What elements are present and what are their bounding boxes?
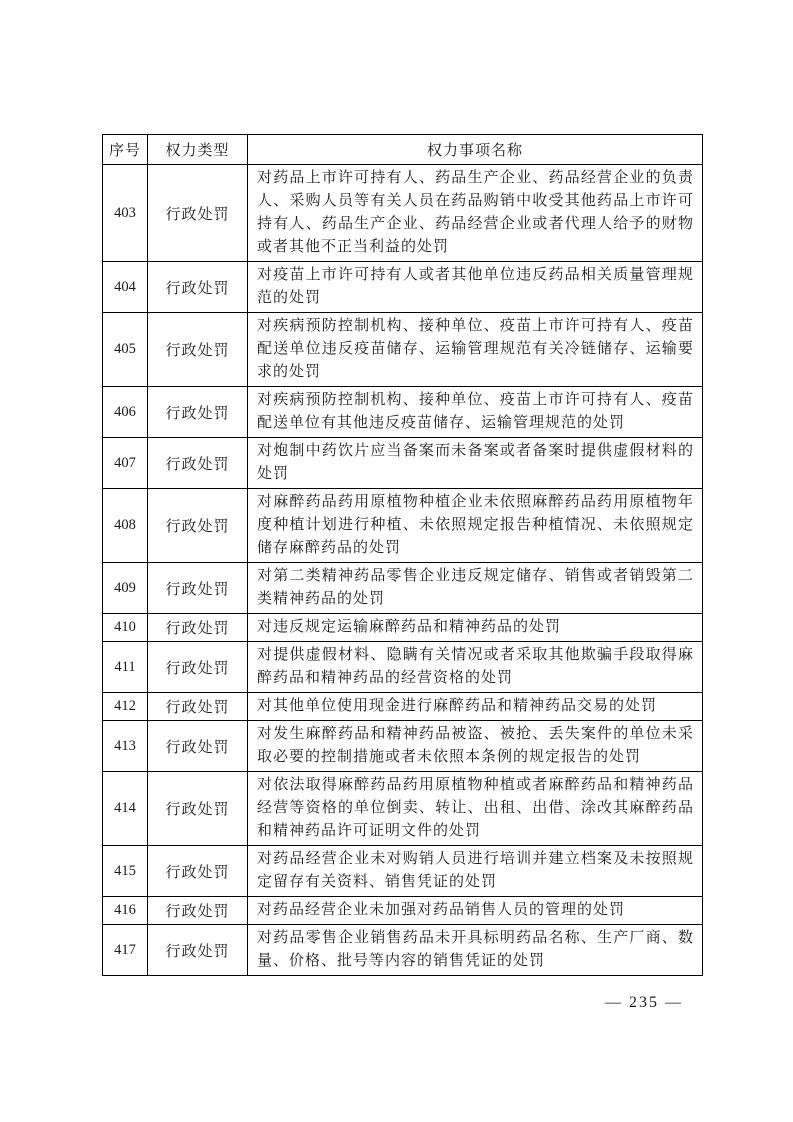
row-power-type: 行政处罚 <box>148 489 248 563</box>
row-power-item-name: 对依法取得麻醉药品药用原植物种植或者麻醉药品和精神药品经营等资格的单位倒卖、转让… <box>248 772 703 846</box>
table-row: 411 行政处罚 对提供虚假材料、隐瞒有关情况或者采取其他欺骗手段取得麻醉药品和… <box>103 642 703 693</box>
table-row: 415 行政处罚 对药品经营企业未对购销人员进行培训并建立档案及未按照规定留存有… <box>103 846 703 897</box>
row-serial-number: 403 <box>103 165 148 262</box>
row-serial-number: 405 <box>103 313 148 387</box>
row-serial-number: 414 <box>103 772 148 846</box>
row-serial-number: 416 <box>103 897 148 925</box>
table-row: 408 行政处罚 对麻醉药品药用原植物种植企业未依照麻醉药品药用原植物年度种植计… <box>103 489 703 563</box>
table-row: 405 行政处罚 对疾病预防控制机构、接种单位、疫苗上市许可持有人、疫苗配送单位… <box>103 313 703 387</box>
row-power-item-name: 对其他单位使用现金进行麻醉药品和精神药品交易的处罚 <box>248 693 703 721</box>
row-power-item-name: 对炮制中药饮片应当备案而未备案或者备案时提供虚假材料的处罚 <box>248 438 703 489</box>
table-row: 410 行政处罚 对违反规定运输麻醉药品和精神药品的处罚 <box>103 614 703 642</box>
row-power-type: 行政处罚 <box>148 693 248 721</box>
row-serial-number: 417 <box>103 925 148 976</box>
row-power-item-name: 对药品零售企业销售药品未开具标明药品名称、生产厂商、数量、价格、批号等内容的销售… <box>248 925 703 976</box>
table-body: 403 行政处罚 对药品上市许可持有人、药品生产企业、药品经营企业的负责人、采购… <box>103 165 703 976</box>
row-serial-number: 411 <box>103 642 148 693</box>
row-power-item-name: 对发生麻醉药品和精神药品被盗、被抢、丢失案件的单位未采取必要的控制措施或者未依照… <box>248 721 703 772</box>
header-power-item-name: 权力事项名称 <box>248 135 703 165</box>
row-power-type: 行政处罚 <box>148 642 248 693</box>
table-row: 416 行政处罚 对药品经营企业未加强对药品销售人员的管理的处罚 <box>103 897 703 925</box>
row-power-type: 行政处罚 <box>148 262 248 313</box>
table-row: 413 行政处罚 对发生麻醉药品和精神药品被盗、被抢、丢失案件的单位未采取必要的… <box>103 721 703 772</box>
row-power-type: 行政处罚 <box>148 563 248 614</box>
row-serial-number: 404 <box>103 262 148 313</box>
row-power-item-name: 对疾病预防控制机构、接种单位、疫苗上市许可持有人、疫苗配送单位违反疫苗储存、运输… <box>248 313 703 387</box>
row-serial-number: 408 <box>103 489 148 563</box>
table-row: 403 行政处罚 对药品上市许可持有人、药品生产企业、药品经营企业的负责人、采购… <box>103 165 703 262</box>
row-power-type: 行政处罚 <box>148 313 248 387</box>
row-power-type: 行政处罚 <box>148 165 248 262</box>
header-serial-number: 序号 <box>103 135 148 165</box>
table-row: 407 行政处罚 对炮制中药饮片应当备案而未备案或者备案时提供虚假材料的处罚 <box>103 438 703 489</box>
row-power-item-name: 对疾病预防控制机构、接种单位、疫苗上市许可持有人、疫苗配送单位有其他违反疫苗储存… <box>248 387 703 438</box>
table-row: 417 行政处罚 对药品零售企业销售药品未开具标明药品名称、生产厂商、数量、价格… <box>103 925 703 976</box>
table-row: 404 行政处罚 对疫苗上市许可持有人或者其他单位违反药品相关质量管理规范的处罚 <box>103 262 703 313</box>
row-power-item-name: 对第二类精神药品零售企业违反规定储存、销售或者销毁第二类精神药品的处罚 <box>248 563 703 614</box>
document-page: 序号 权力类型 权力事项名称 403 行政处罚 对药品上市许可持有人、药品生产企… <box>0 0 793 1122</box>
row-power-item-name: 对麻醉药品药用原植物种植企业未依照麻醉药品药用原植物年度种植计划进行种植、未依照… <box>248 489 703 563</box>
table-header-row: 序号 权力类型 权力事项名称 <box>103 135 703 165</box>
row-serial-number: 409 <box>103 563 148 614</box>
row-power-type: 行政处罚 <box>148 846 248 897</box>
row-power-item-name: 对药品上市许可持有人、药品生产企业、药品经营企业的负责人、采购人员等有关人员在药… <box>248 165 703 262</box>
row-power-type: 行政处罚 <box>148 772 248 846</box>
row-power-item-name: 对药品经营企业未加强对药品销售人员的管理的处罚 <box>248 897 703 925</box>
row-serial-number: 407 <box>103 438 148 489</box>
row-power-item-name: 对药品经营企业未对购销人员进行培训并建立档案及未按照规定留存有关资料、销售凭证的… <box>248 846 703 897</box>
row-power-type: 行政处罚 <box>148 897 248 925</box>
row-power-item-name: 对疫苗上市许可持有人或者其他单位违反药品相关质量管理规范的处罚 <box>248 262 703 313</box>
row-power-type: 行政处罚 <box>148 614 248 642</box>
row-power-item-name: 对提供虚假材料、隐瞒有关情况或者采取其他欺骗手段取得麻醉药品和精神药品的经营资格… <box>248 642 703 693</box>
row-serial-number: 415 <box>103 846 148 897</box>
row-power-type: 行政处罚 <box>148 387 248 438</box>
power-items-table: 序号 权力类型 权力事项名称 403 行政处罚 对药品上市许可持有人、药品生产企… <box>102 134 703 976</box>
row-serial-number: 410 <box>103 614 148 642</box>
table-row: 406 行政处罚 对疾病预防控制机构、接种单位、疫苗上市许可持有人、疫苗配送单位… <box>103 387 703 438</box>
table-row: 414 行政处罚 对依法取得麻醉药品药用原植物种植或者麻醉药品和精神药品经营等资… <box>103 772 703 846</box>
row-power-type: 行政处罚 <box>148 925 248 976</box>
table-row: 409 行政处罚 对第二类精神药品零售企业违反规定储存、销售或者销毁第二类精神药… <box>103 563 703 614</box>
row-power-type: 行政处罚 <box>148 721 248 772</box>
row-serial-number: 406 <box>103 387 148 438</box>
row-power-type: 行政处罚 <box>148 438 248 489</box>
table-row: 412 行政处罚 对其他单位使用现金进行麻醉药品和精神药品交易的处罚 <box>103 693 703 721</box>
row-power-item-name: 对违反规定运输麻醉药品和精神药品的处罚 <box>248 614 703 642</box>
row-serial-number: 412 <box>103 693 148 721</box>
row-serial-number: 413 <box>103 721 148 772</box>
page-number: — 235 — <box>605 994 683 1012</box>
header-power-type: 权力类型 <box>148 135 248 165</box>
